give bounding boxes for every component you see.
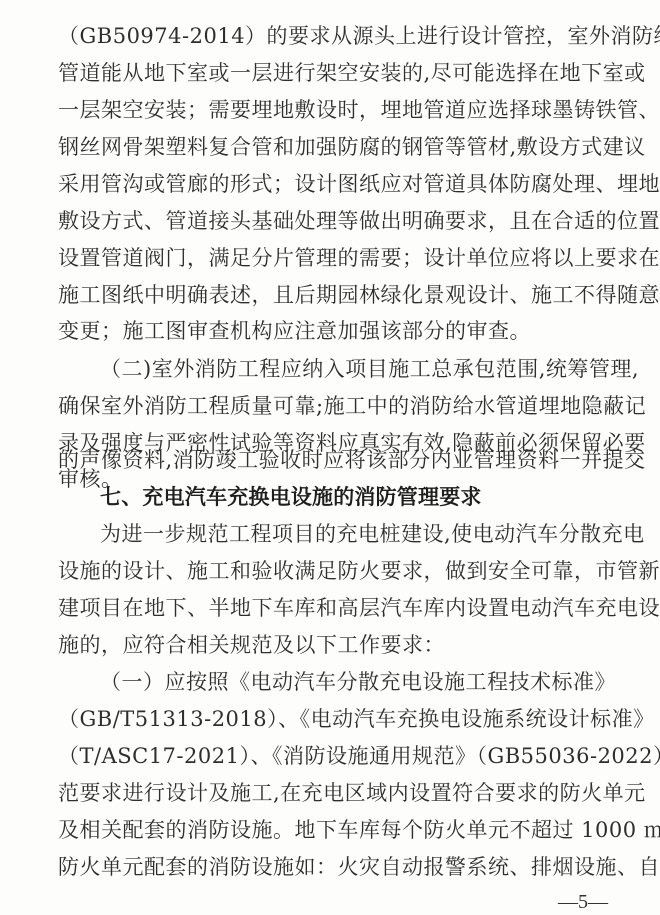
body-text-line: 建项目在地下、半地下车库和高层汽车库内设置电动汽车充电设 xyxy=(58,590,611,627)
body-text-line: 钢丝网骨架塑料复合管和加强防腐的钢管等管材,敷设方式建议 xyxy=(58,129,611,166)
body-text-line: 确保室外消防工程质量可靠;施工中的消防给水管道埋地隐蔽记 xyxy=(58,388,611,425)
body-text-line: 一层架空安装；需要埋地敷设时，埋地管道应选择球墨铸铁管、 xyxy=(58,92,611,129)
body-text-line: 防火单元配套的消防设施如：火灾自动报警系统、排烟设施、自 xyxy=(58,849,611,886)
paragraph-start-line: （一）应按照《电动汽车分散充电设施工程技术标准》 xyxy=(100,664,611,701)
body-text-line: （GB/T51313-2018）、《电动汽车充换电设施系统设计标准》 xyxy=(58,701,611,738)
body-text-line: 采用管沟或管廊的形式；设计图纸应对管道具体防腐处理、埋地 xyxy=(58,166,611,203)
body-text-line: 范要求进行设计及施工,在充电区域内设置符合要求的防火单元 xyxy=(58,775,611,812)
body-text-line: （T/ASC17-2021）、《消防设施通用规范》（GB55036-2022）规 xyxy=(58,738,611,775)
body-text-line: 施的，应符合相关规范及以下工作要求： xyxy=(58,627,611,664)
body-text-line: 设施的设计、施工和验收满足防火要求，做到安全可靠，市管新 xyxy=(58,553,611,590)
paragraph-start-line: （二)室外消防工程应纳入项目施工总承包范围,统筹管理, xyxy=(100,351,611,388)
paragraph-start-line: 为进一步规范工程项目的充电桩建设,使电动汽车分散充电 xyxy=(100,516,611,553)
body-text-line: 管道能从地下室或一层进行架空安装的,尽可能选择在地下室或 xyxy=(58,55,611,92)
body-text-line: 敷设方式、管道接头基础处理等做出明确要求，且在合适的位置 xyxy=(58,203,611,240)
body-text-line: 施工图纸中明确表述，且后期园林绿化景观设计、施工不得随意 xyxy=(58,277,611,314)
body-text-line: 设置管道阀门，满足分片管理的需要；设计单位应将以上要求在 xyxy=(58,240,611,277)
body-text-line: （GB50974-2014）的要求从源头上进行设计管控，室外消防给水 xyxy=(58,18,611,55)
document-page: （GB50974-2014）的要求从源头上进行设计管控，室外消防给水 管道能从地… xyxy=(0,0,660,915)
body-text-line: 变更；施工图审查机构应注意加强该部分的审查。 xyxy=(58,313,611,350)
section-heading: 七、充电汽车充换电设施的消防管理要求 xyxy=(100,479,520,516)
page-number: —5— xyxy=(553,890,613,914)
body-text-line: 及相关配套的消防设施。地下车库每个防火单元不超过 1000 ㎡, xyxy=(58,812,611,849)
